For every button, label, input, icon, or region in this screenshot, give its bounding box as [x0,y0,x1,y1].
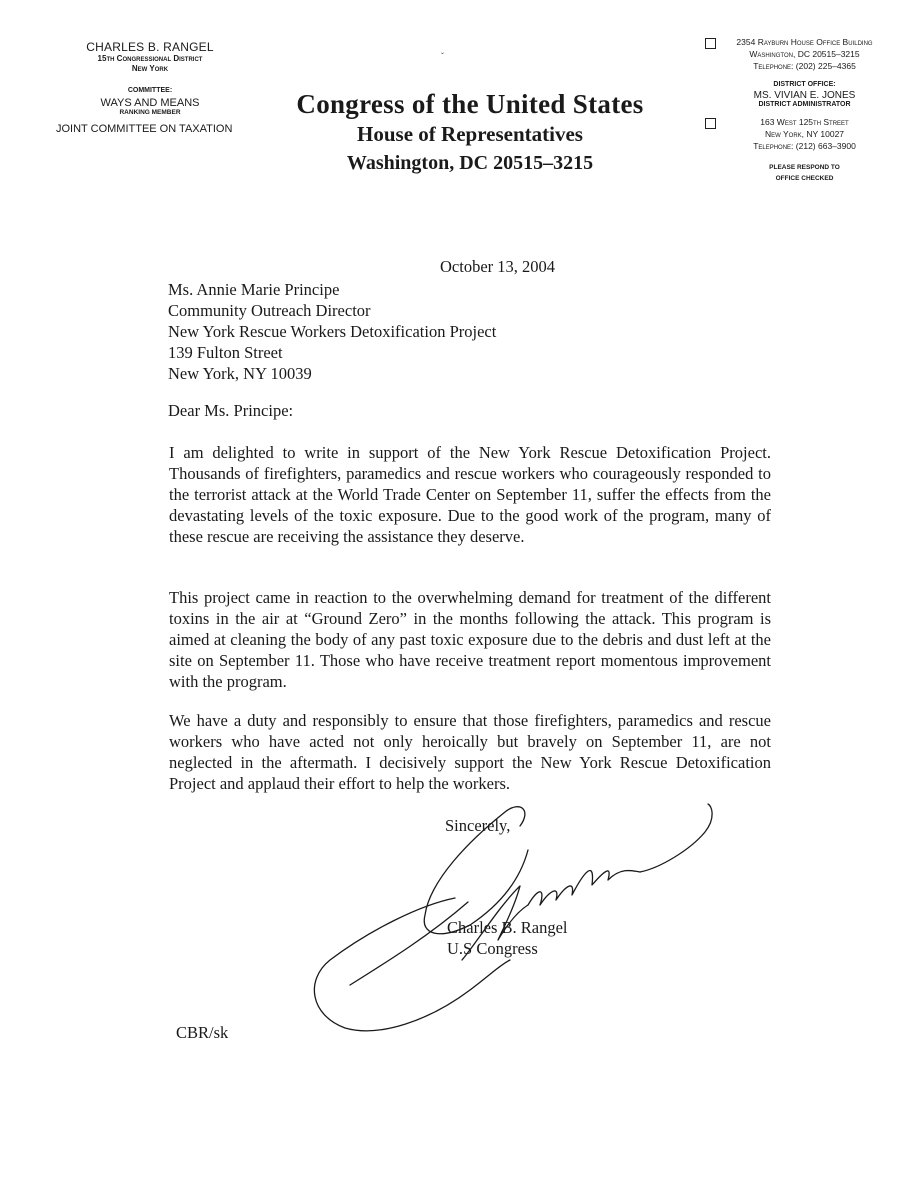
district-office: 163 West 125th Street New York, NY 10027… [700,116,900,152]
salutation: Dear Ms. Principe: [168,400,293,421]
offices-letterhead: 2354 Rayburn House Office Building Washi… [700,36,900,184]
dc-office: 2354 Rayburn House Office Building Washi… [700,36,900,72]
dc-office-telephone: Telephone: (202) 225–4365 [722,60,887,72]
member-letterhead: CHARLES B. RANGEL 15th Congressional Dis… [40,40,260,135]
closing: Sincerely, [445,815,510,836]
recipient-city: New York, NY 10039 [168,363,496,384]
institution-letterhead: Congress of the United States House of R… [270,88,670,178]
respond-note-line: OFFICE CHECKED [722,173,887,184]
committee-name: WAYS AND MEANS [40,97,260,109]
joint-committee: JOINT COMMITTEE ON TAXATION [40,123,260,135]
recipient-address: Ms. Annie Marie Principe Community Outre… [168,279,496,384]
member-state: New York [40,64,260,74]
body-paragraph: We have a duty and responsibly to ensure… [169,710,771,794]
letter-date: October 13, 2004 [440,256,555,277]
recipient-title: Community Outreach Director [168,300,496,321]
dc-office-checkbox[interactable] [705,38,716,49]
committee-label: COMMITTEE: [40,87,260,94]
district-office-city: New York, NY 10027 [722,128,887,140]
signer-title: U.S Congress [447,939,538,958]
member-district: 15th Congressional District [40,54,260,64]
respond-note: PLEASE RESPOND TO OFFICE CHECKED [722,162,887,184]
committee-role: RANKING MEMBER [40,109,260,116]
dc-office-city: Washington, DC 20515–3215 [722,48,887,60]
district-administrator: MS. VIVIAN E. JONES [722,90,887,101]
body-paragraph: I am delighted to write in support of th… [169,442,771,547]
respond-note-line: PLEASE RESPOND TO [722,162,887,173]
typist-initials: CBR/sk [176,1022,228,1043]
institution-address: Washington, DC 20515–3215 [270,148,670,178]
recipient-name: Ms. Annie Marie Principe [168,279,496,300]
district-office-checkbox[interactable] [705,118,716,129]
district-office-telephone: Telephone: (212) 663–3900 [722,140,887,152]
district-office-label: DISTRICT OFFICE: [722,81,887,88]
scan-mark: ˇ [441,51,444,61]
congress-title: Congress of the United States [270,88,670,120]
recipient-organization: New York Rescue Workers Detoxification P… [168,321,496,342]
district-administrator-title: DISTRICT ADMINISTRATOR [722,101,887,108]
house-title: House of Representatives [270,120,670,148]
recipient-street: 139 Fulton Street [168,342,496,363]
district-office-address: 163 West 125th Street [722,116,887,128]
member-name: CHARLES B. RANGEL [40,40,260,54]
district-office-header: DISTRICT OFFICE: MS. VIVIAN E. JONES DIS… [722,81,887,108]
signer-name: Charles B. Rangel [447,918,568,937]
body-paragraph: This project came in reaction to the ove… [169,587,771,692]
dc-office-address: 2354 Rayburn House Office Building [722,36,887,48]
